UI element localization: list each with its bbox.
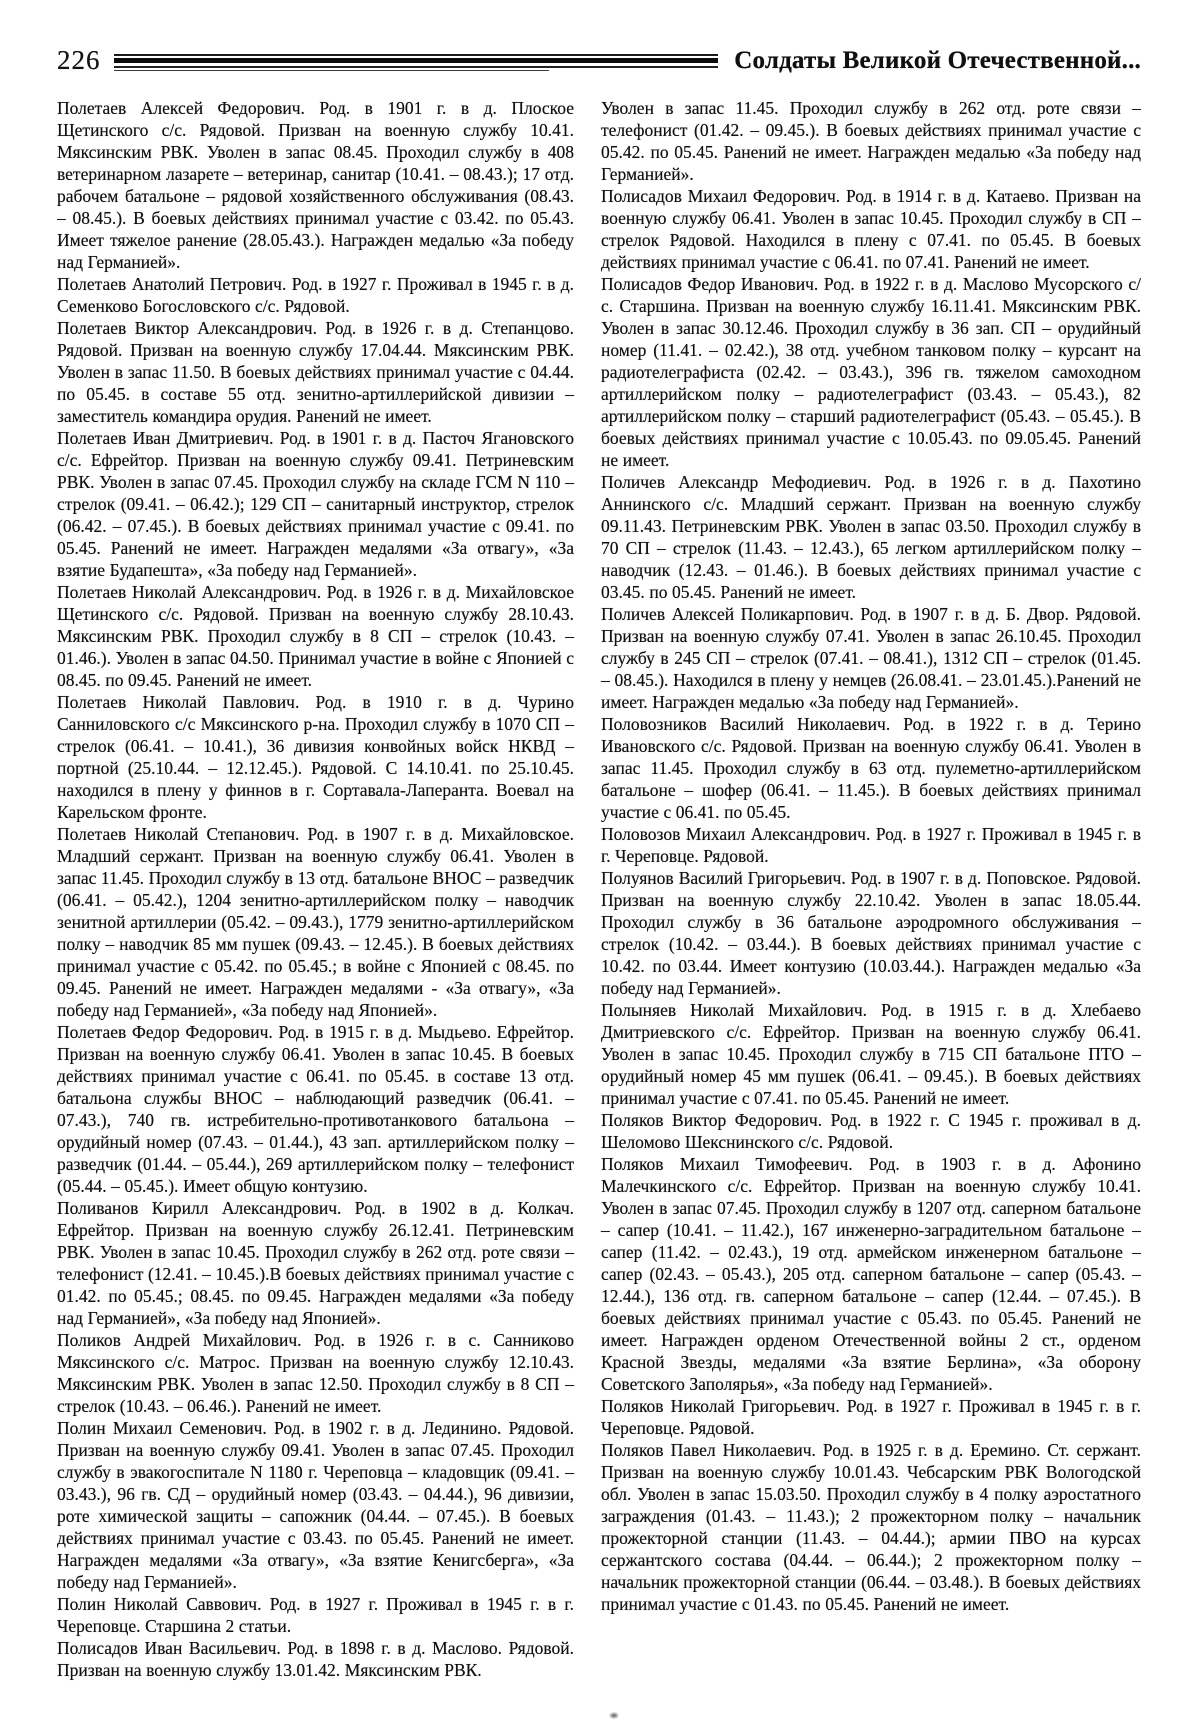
soldier-entry-continuation: Уволен в запас 11.45. Проходил службу в …: [601, 97, 1141, 185]
right-column: Уволен в запас 11.45. Проходил службу в …: [601, 97, 1141, 1693]
soldier-entry: Полетаев Николай Александрович. Род. в 1…: [57, 581, 574, 691]
soldier-entry: Поличев Александр Мефодиевич. Род. в 192…: [601, 471, 1141, 603]
soldier-entry: Полетаев Федор Федорович. Род. в 1915 г.…: [57, 1021, 574, 1197]
soldier-entry: Полетаев Анатолий Петрович. Род. в 1927 …: [57, 273, 574, 317]
soldier-entry: Полетаев Виктор Александрович. Род. в 19…: [57, 317, 574, 427]
soldier-entry: Поляков Михаил Тимофеевич. Род. в 1903 г…: [601, 1153, 1141, 1395]
header-rule-line: [114, 70, 549, 71]
page-header: 226 Солдаты Великой Отечественной...: [57, 42, 1141, 78]
soldier-entry: Полуянов Василий Григорьевич. Род. в 190…: [601, 867, 1141, 999]
header-rule-line: [114, 54, 719, 56]
header-rule-line: [114, 58, 719, 63]
soldier-entry: Полисадов Федор Иванович. Род. в 1922 г.…: [601, 273, 1141, 471]
soldier-entry: Полин Николай Саввович. Род. в 1927 г. П…: [57, 1593, 574, 1637]
soldier-entry: Полетаев Николай Степанович. Род. в 1907…: [57, 823, 574, 1021]
soldier-entry: Полисадов Иван Васильевич. Род. в 1898 г…: [57, 1637, 574, 1681]
scan-artifact-dot: [609, 1712, 619, 1719]
header-rule: [114, 54, 719, 71]
page-number: 226: [57, 47, 101, 74]
soldier-entry: Поляков Николай Григорьевич. Род. в 1927…: [601, 1395, 1141, 1439]
text-columns: Полетаев Алексей Федорович. Род. в 1901 …: [57, 97, 1141, 1693]
soldier-entry: Полин Михаил Семенович. Род. в 1902 г. в…: [57, 1417, 574, 1593]
soldier-entry: Полетаев Николай Павлович. Род. в 1910 г…: [57, 691, 574, 823]
header-rule-line: [114, 66, 719, 68]
soldier-entry: Поликов Андрей Михайлович. Род. в 1926 г…: [57, 1329, 574, 1417]
soldier-entry: Поличев Алексей Поликарпович. Род. в 190…: [601, 603, 1141, 713]
soldier-entry: Поляков Виктор Федорович. Род. в 1922 г.…: [601, 1109, 1141, 1153]
soldier-entry: Полетаев Иван Дмитриевич. Род. в 1901 г.…: [57, 427, 574, 581]
soldier-entry: Полисадов Михаил Федорович. Род. в 1914 …: [601, 185, 1141, 273]
left-column: Полетаев Алексей Федорович. Род. в 1901 …: [57, 97, 574, 1693]
page-title: Солдаты Великой Отечественной...: [734, 48, 1141, 73]
soldier-entry: Половозников Василий Николаевич. Род. в …: [601, 713, 1141, 823]
soldier-entry: Полетаев Алексей Федорович. Род. в 1901 …: [57, 97, 574, 273]
soldier-entry: Поляков Павел Николаевич. Род. в 1925 г.…: [601, 1439, 1141, 1615]
book-page: 226 Солдаты Великой Отечественной... Пол…: [0, 0, 1191, 1723]
soldier-entry: Полыняев Николай Михайлович. Род. в 1915…: [601, 999, 1141, 1109]
soldier-entry: Половозов Михаил Александрович. Род. в 1…: [601, 823, 1141, 867]
soldier-entry: Поливанов Кирилл Александрович. Род. в 1…: [57, 1197, 574, 1329]
